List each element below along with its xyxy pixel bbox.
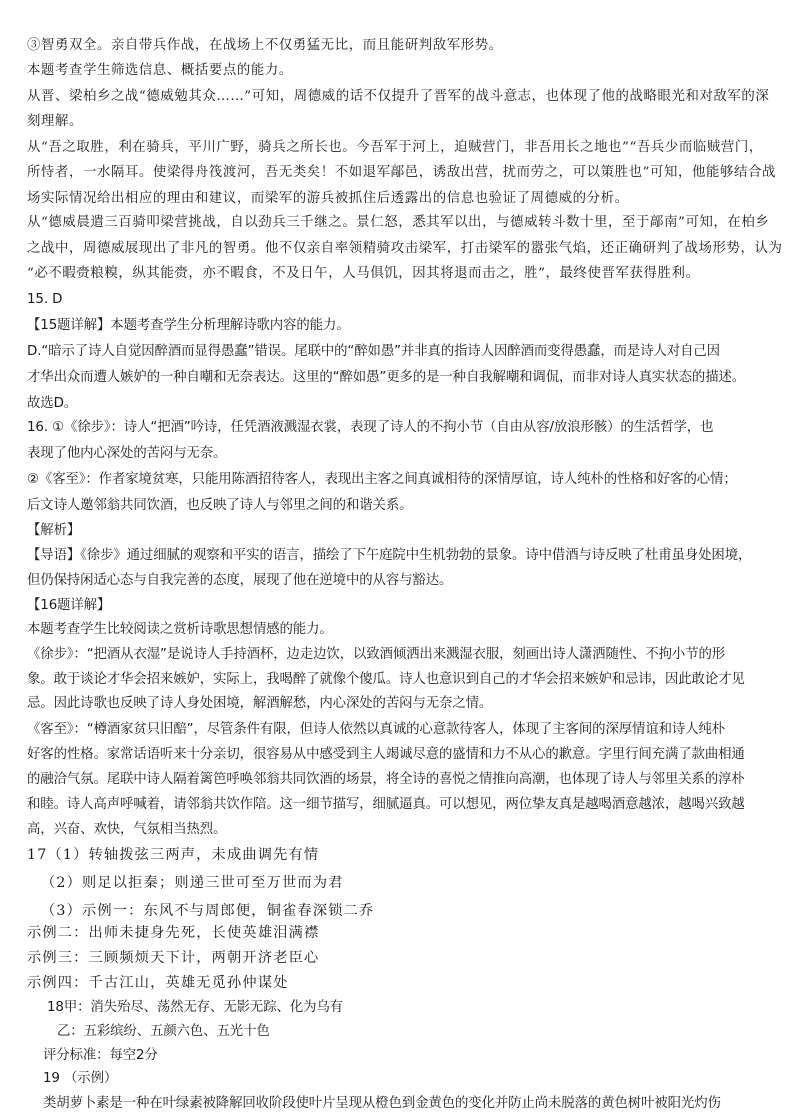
q17-example2: 示例二：出师未捷身先死，长使英雄泪满襟 <box>27 925 319 941</box>
q15-explanation-line3: 故选D。 <box>27 396 77 412</box>
q14-para2-line1: 从“吾之取胜，利在骑兵，平川广野，骑兵之所长也。今吾军于河上，迫贼营门，非吾用长… <box>27 140 763 156</box>
q16-xubu-line3: 忌。因此诗歌也反映了诗人身处困境，解酒解愁，内心深处的苦闷与无奈之情。 <box>27 696 492 712</box>
q17-example3: 示例三：三顾频烦天下计，两朝开济老臣心 <box>27 950 319 966</box>
q14-point-3: ③智勇双全。亲自带兵作战，在战场上不仅勇猛无比，而且能研判敌军形势。 <box>27 38 503 54</box>
q16-kezhi-line4: 和睦。诗人高声呼喊着，请邻翁共饮作陪。这一细节描写，细腻逼真。可以想见，两位挚友… <box>27 797 745 813</box>
q16-detail-heading: 【16题详解】 <box>27 598 110 614</box>
q15-detail-heading: 【15题详解】本题考查学生分析理解诗歌内容的能力。 <box>27 318 350 334</box>
q17-example4: 示例四：千古江山，英雄无觅孙仲谋处 <box>27 975 289 991</box>
q18-scoring: 评分标准：每空2分 <box>43 1048 158 1064</box>
q14-para2-line3: 场实际情况给出相应的理由和建议，而梁军的游兵被抓住后透露出的信息也验证了周德威的… <box>27 191 629 207</box>
q18-jia: 18甲：消失殆尽、荡然无存、无影无踪、化为乌有 <box>47 1000 343 1016</box>
answer-document-page: ③智勇双全。亲自带兵作战，在战场上不仅勇猛无比，而且能研判敌军形势。 本题考查学… <box>0 0 800 1115</box>
q14-para3-line3: “必不暇赍粮糗，纵其能赍，亦不暇食，不及日午，人马俱饥，因其将退而击之，胜”，最… <box>27 266 699 282</box>
q17-item3: （3）示例一：东风不与周郎便，铜雀春深锁二乔 <box>41 903 374 919</box>
q16-kezhi-line5: 高，兴奋、欢快，气氛相当热烈。 <box>27 822 226 838</box>
q16-kezhi-line2: 好客的性格。家常话语听来十分亲切，很容易从中感受到主人竭诚尽意的盛情和力不从心的… <box>27 747 745 763</box>
q16-xubu-line2: 象。敢于谈论才华会招来嫉妒，实际上，我喝醉了就像个傻瓜。诗人也意识到自己的才华会… <box>27 672 745 688</box>
q14-para3-line1: 从“德威晨遣三百骑叩梁营挑战，自以劲兵三千继之。景仁怒，悉其军以出，与德威转斗数… <box>27 215 769 231</box>
q16-answer2-line2: 后文诗人邀邻翁共同饮酒，也反映了诗人与邻里之间的和谐关系。 <box>27 498 412 514</box>
q16-xubu-line1: 《徐步》：“把酒从衣湿”是说诗人手持酒杯，边走边饮，以致酒倾洒出来溅湿衣服，刻画… <box>27 647 725 663</box>
q16-answer1-line2: 表现了他内心深处的苦闷与无奈。 <box>27 446 226 462</box>
q16-analysis-heading: 【解析】 <box>27 523 80 539</box>
q14-ability: 本题考查学生筛选信息、概括要点的能力。 <box>27 63 293 79</box>
q16-kezhi-line1: 《客至》：“樽酒家贫只旧醅”，尽管条件有限，但诗人依然以真诚的心意款待客人，体现… <box>27 722 725 738</box>
q17-item2: （2）则足以拒秦；则递三世可至万世而为君 <box>41 875 344 891</box>
q15-explanation-line2: 才华出众而遭人嫉妒的一种自嘲和无奈表达。这里的“醉如愚”更多的是一种自我解嘲和调… <box>27 370 745 386</box>
q16-intro-line1: 【导语】《徐步》通过细腻的观察和平实的语言，描绘了下午庭院中生机勃勃的景象。诗中… <box>27 548 751 564</box>
q14-para1-line1: 从晋、梁柏乡之战“德威勉其众……”可知，周德威的话不仅提升了晋军的战斗意志，也体… <box>27 89 769 105</box>
q18-yi: 乙：五彩缤纷、五颜六色、五光十色 <box>57 1024 270 1040</box>
q19-answer-line1: 类胡萝卜素是一种在叶绿素被降解回收阶段使叶片呈现从橙色到金黄色的变化并防止尚未脱… <box>43 1096 721 1112</box>
q16-intro-line2: 但仍保持闲适心态与自我完善的态度，展现了他在逆境中的从容与豁达。 <box>27 573 452 589</box>
q15-explanation-line1: D.“暗示了诗人自觉因醉酒而显得愚蠢”错误。尾联中的“醉如愚”并非真的指诗人因醉… <box>27 344 720 360</box>
q14-para3-line2: 之战中，周德威展现出了非凡的智勇。他不仅亲自率领精骑攻击梁军，打击梁军的嚣张气焰… <box>27 241 783 257</box>
q16-answer2-line1: ②《客至》：作者家境贫寒，只能用陈酒招待客人，表现出主客之间真诚相待的深情厚谊，… <box>27 472 737 488</box>
q17-item1: 17（1）转轴拨弦三两声，未成曲调先有情 <box>27 847 319 863</box>
q15-answer: 15. D <box>27 292 62 308</box>
q14-para2-line2: 所恃者，一水隔耳。使梁得舟筏渡河，吾无类矣！不如退军鄗邑，诱敌出营，扰而劳之，可… <box>27 165 776 181</box>
q16-kezhi-line3: 的融洽气氛。尾联中诗人隔着篱笆呼唤邻翁共同饮酒的场景，将全诗的喜悦之情推向高潮，… <box>27 772 745 788</box>
q19-heading: 19 （示例） <box>43 1071 117 1087</box>
q14-para1-line2: 刻理解。 <box>27 114 83 130</box>
q16-ability: 本题考查学生比较阅读之赏析诗歌思想情感的能力。 <box>27 622 333 638</box>
q16-answer1-line1: 16. ①《徐步》：诗人“把酒”吟诗，任凭酒液溅湿衣裳，表现了诗人的不拘小节（自… <box>27 420 713 436</box>
